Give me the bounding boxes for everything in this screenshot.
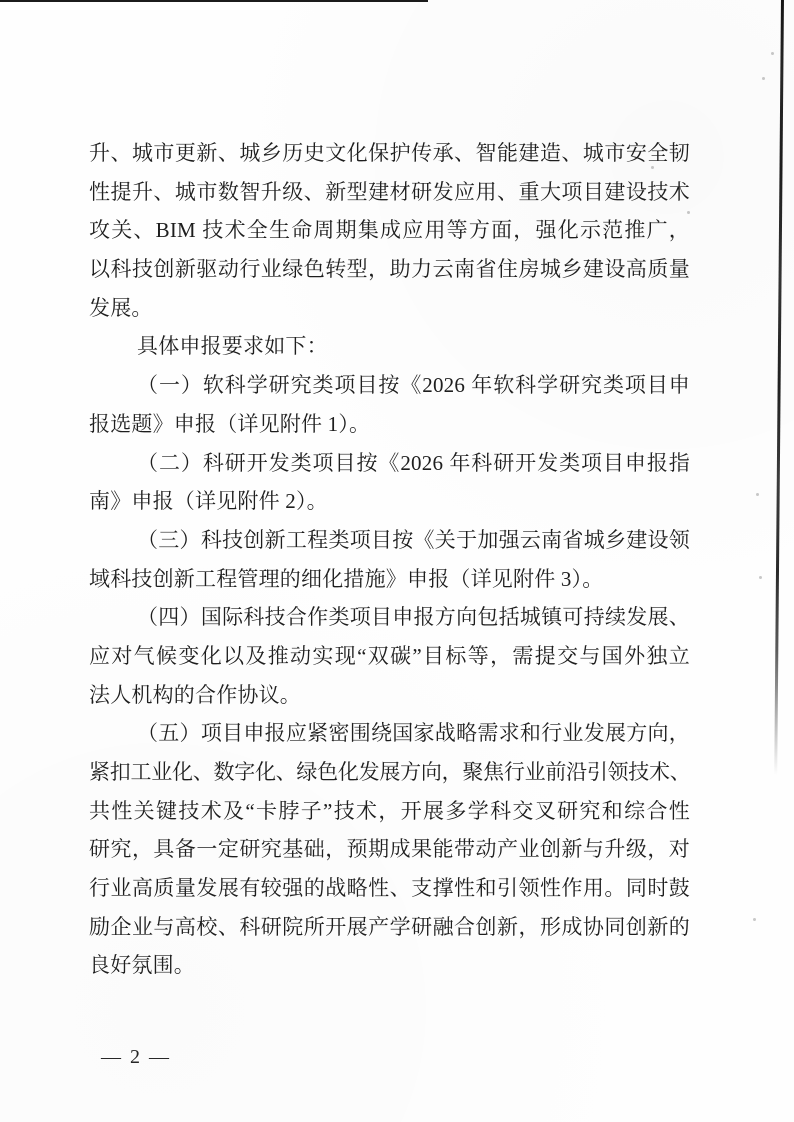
scan-speck bbox=[756, 493, 759, 496]
body-text-line: 发展。 bbox=[89, 289, 690, 328]
body-text-line: 行业高质量发展有较强的战略性、支撑性和引领性作用。同时鼓 bbox=[89, 869, 690, 908]
body-text-line: 南》申报（详见附件 2）。 bbox=[89, 482, 690, 521]
body-text-line: 紧扣工业化、数字化、绿色化发展方向，聚焦行业前沿引领技术、 bbox=[89, 753, 690, 792]
scan-speck bbox=[759, 576, 762, 579]
body-text-line: （五）项目申报应紧密围绕国家战略需求和行业发展方向， bbox=[89, 714, 690, 753]
body-text-line: 攻关、BIM 技术全生命周期集成应用等方面，强化示范推广， bbox=[89, 211, 690, 250]
body-text-line: （四）国际科技合作类项目申报方向包括城镇可持续发展、 bbox=[89, 598, 690, 637]
body-text-line: 应对气候变化以及推动实现“双碳”目标等，需提交与国外独立 bbox=[89, 637, 690, 676]
scan-speck bbox=[762, 77, 765, 80]
body-text-line: （一）软科学研究类项目按《2026 年软科学研究类项目申 bbox=[89, 366, 690, 405]
body-text-line: 升、城市更新、城乡历史文化保护传承、智能建造、城市安全韧 bbox=[89, 134, 690, 173]
body-text-line: 具体申报要求如下： bbox=[89, 327, 690, 366]
scan-speck bbox=[753, 918, 756, 921]
body-text-line: 法人机构的合作协议。 bbox=[89, 676, 690, 715]
body-text-line: 共性关键技术及“卡脖子”技术，开展多学科交叉研究和综合性 bbox=[89, 792, 690, 831]
body-text-line: 性提升、城市数智升级、新型建材研发应用、重大项目建设技术 bbox=[89, 173, 690, 212]
body-text-line: 报选题》申报（详见附件 1）。 bbox=[89, 405, 690, 444]
scan-edge-top-line bbox=[0, 0, 428, 2]
scan-edge-right-line bbox=[774, 0, 784, 775]
body-text-line: 良好氛围。 bbox=[89, 946, 690, 985]
body-text-line: （三）科技创新工程类项目按《关于加强云南省城乡建设领 bbox=[89, 521, 690, 560]
body-text-line: 域科技创新工程管理的细化措施》申报（详见附件 3）。 bbox=[89, 560, 690, 599]
body-text-line: 励企业与高校、科研院所开展产学研融合创新，形成协同创新的 bbox=[89, 908, 690, 947]
document-body-text: 升、城市更新、城乡历史文化保护传承、智能建造、城市安全韧性提升、城市数智升级、新… bbox=[89, 134, 690, 985]
scanned-document-page: 升、城市更新、城乡历史文化保护传承、智能建造、城市安全韧性提升、城市数智升级、新… bbox=[0, 0, 794, 1122]
page-number: — 2 — bbox=[101, 1046, 171, 1069]
body-text-line: 以科技创新驱动行业绿色转型，助力云南省住房城乡建设高质量 bbox=[89, 250, 690, 289]
body-text-line: （二）科研开发类项目按《2026 年科研开发类项目申报指 bbox=[89, 444, 690, 483]
body-text-line: 研究，具备一定研究基础，预期成果能带动产业创新与升级，对 bbox=[89, 830, 690, 869]
scan-speck bbox=[771, 52, 774, 55]
